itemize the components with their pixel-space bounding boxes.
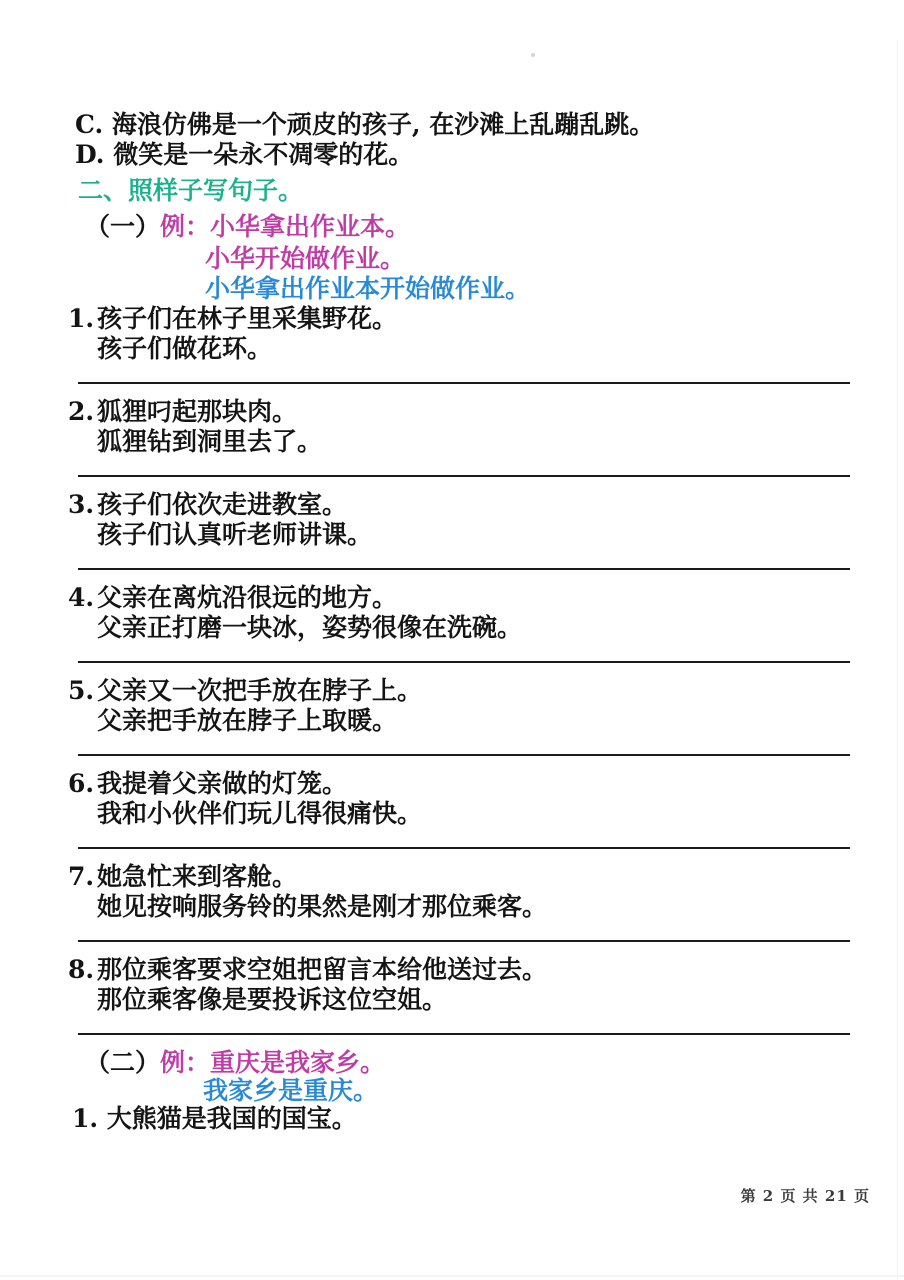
answer-blank-line: [78, 364, 850, 384]
item-first-line: 8.那位乘客要求空姐把留言本给他送过去。: [0, 955, 904, 985]
item-number: 2.: [68, 397, 97, 427]
example2-source-sentence: 例：重庆是我家乡。: [160, 1048, 385, 1077]
example2-inverted-sentence: 我家乡是重庆。: [0, 1076, 904, 1106]
exercise-item-1: 1.孩子们在林子里采集野花。 孩子们做花环。: [0, 304, 904, 384]
exercise-item-8: 8.那位乘客要求空姐把留言本给他送过去。 那位乘客像是要投诉这位空姐。: [0, 955, 904, 1035]
item-number: 3.: [68, 490, 97, 520]
item-sentence-2: 孩子们认真听老师讲课。: [0, 520, 904, 550]
item-first-line: 7.她急忙来到客舱。: [0, 862, 904, 892]
answer-blank-line: [78, 457, 850, 477]
item-sentence-1: 孩子们依次走进教室。: [97, 490, 347, 519]
example1-source-sentence: 例：小华拿出作业本。: [160, 212, 410, 241]
item-sentence-2: 她见按响服务铃的果然是刚才那位乘客。: [0, 892, 904, 922]
exercise-item-3: 3.孩子们依次走进教室。 孩子们认真听老师讲课。: [0, 490, 904, 570]
exercise-item-6: 6.我提着父亲做的灯笼。 我和小伙伴们玩儿得很痛快。: [0, 769, 904, 849]
example2-label: （二）: [85, 1048, 160, 1077]
item-sentence-2: 父亲正打磨一块冰，姿势很像在洗碗。: [0, 613, 904, 643]
answer-blank-line: [78, 829, 850, 849]
answer-blank-line: [78, 1015, 850, 1035]
item-sentence-1: 我提着父亲做的灯笼。: [97, 769, 347, 798]
item-sentence-1: 她急忙来到客舱。: [97, 862, 297, 891]
item-sentence-1: 狐狸叼起那块肉。: [97, 397, 297, 426]
exercise-item-2: 2.狐狸叼起那块肉。 狐狸钻到洞里去了。: [0, 397, 904, 477]
item-sentence-2: 孩子们做花环。: [0, 334, 904, 364]
item-sentence-2: 那位乘客像是要投诉这位空姐。: [0, 985, 904, 1015]
exercise-item-7: 7.她急忙来到客舱。 她见按响服务铃的果然是刚才那位乘客。: [0, 862, 904, 942]
option-c: C. 海浪仿佛是一个顽皮的孩子, 在沙滩上乱蹦乱跳。: [0, 110, 904, 140]
item-number: 8.: [68, 955, 97, 985]
example1-step-sentence: 小华开始做作业。: [0, 244, 904, 274]
worksheet-page: C. 海浪仿佛是一个顽皮的孩子, 在沙滩上乱蹦乱跳。 D. 微笑是一朵永不凋零的…: [0, 0, 904, 1280]
scan-edge-bottom: [0, 1275, 904, 1277]
example1-label: （一）: [85, 212, 160, 241]
item-number: 6.: [68, 769, 97, 799]
item-sentence-2: 父亲把手放在脖子上取暖。: [0, 706, 904, 736]
page-number-indicator: 第 2 页 共 21 页: [741, 1186, 870, 1206]
example1-combined-sentence: 小华拿出作业本开始做作业。: [0, 274, 904, 304]
exercise-item-4: 4.父亲在离炕沿很远的地方。 父亲正打磨一块冰，姿势很像在洗碗。: [0, 583, 904, 663]
worksheet-content: C. 海浪仿佛是一个顽皮的孩子, 在沙滩上乱蹦乱跳。 D. 微笑是一朵永不凋零的…: [0, 110, 904, 1134]
item-first-line: 4.父亲在离炕沿很远的地方。: [0, 583, 904, 613]
item-first-line: 2.狐狸叼起那块肉。: [0, 397, 904, 427]
item-first-line: 5.父亲又一次把手放在脖子上。: [0, 676, 904, 706]
item-sentence-2: 我和小伙伴们玩儿得很痛快。: [0, 799, 904, 829]
example1-header: （一）例：小华拿出作业本。: [0, 212, 904, 242]
option-d: D. 微笑是一朵永不凋零的花。: [0, 140, 904, 170]
example2-header: （二）例：重庆是我家乡。: [0, 1048, 904, 1078]
item-first-line: 3.孩子们依次走进教室。: [0, 490, 904, 520]
answer-blank-line: [78, 922, 850, 942]
item-number: 4.: [68, 583, 97, 613]
exercise-item-5: 5.父亲又一次把手放在脖子上。 父亲把手放在脖子上取暖。: [0, 676, 904, 756]
item-number: 7.: [68, 862, 97, 892]
item-first-line: 6.我提着父亲做的灯笼。: [0, 769, 904, 799]
answer-blank-line: [78, 550, 850, 570]
item-number: 1.: [68, 304, 97, 334]
scan-speck: [531, 53, 535, 57]
item-number: 5.: [68, 676, 97, 706]
section-heading: 二、照样子写句子。: [0, 176, 904, 206]
item-sentence-1: 那位乘客要求空姐把留言本给他送过去。: [97, 955, 547, 984]
item-sentence-1: 孩子们在林子里采集野花。: [97, 304, 397, 333]
item-sentence-1: 父亲又一次把手放在脖子上。: [97, 676, 422, 705]
example2-exercise-1: 1. 大熊猫是我国的国宝。: [0, 1104, 904, 1134]
answer-blank-line: [78, 643, 850, 663]
item-sentence-2: 狐狸钻到洞里去了。: [0, 427, 904, 457]
item-first-line: 1.孩子们在林子里采集野花。: [0, 304, 904, 334]
item-sentence-1: 父亲在离炕沿很远的地方。: [97, 583, 397, 612]
answer-blank-line: [78, 736, 850, 756]
